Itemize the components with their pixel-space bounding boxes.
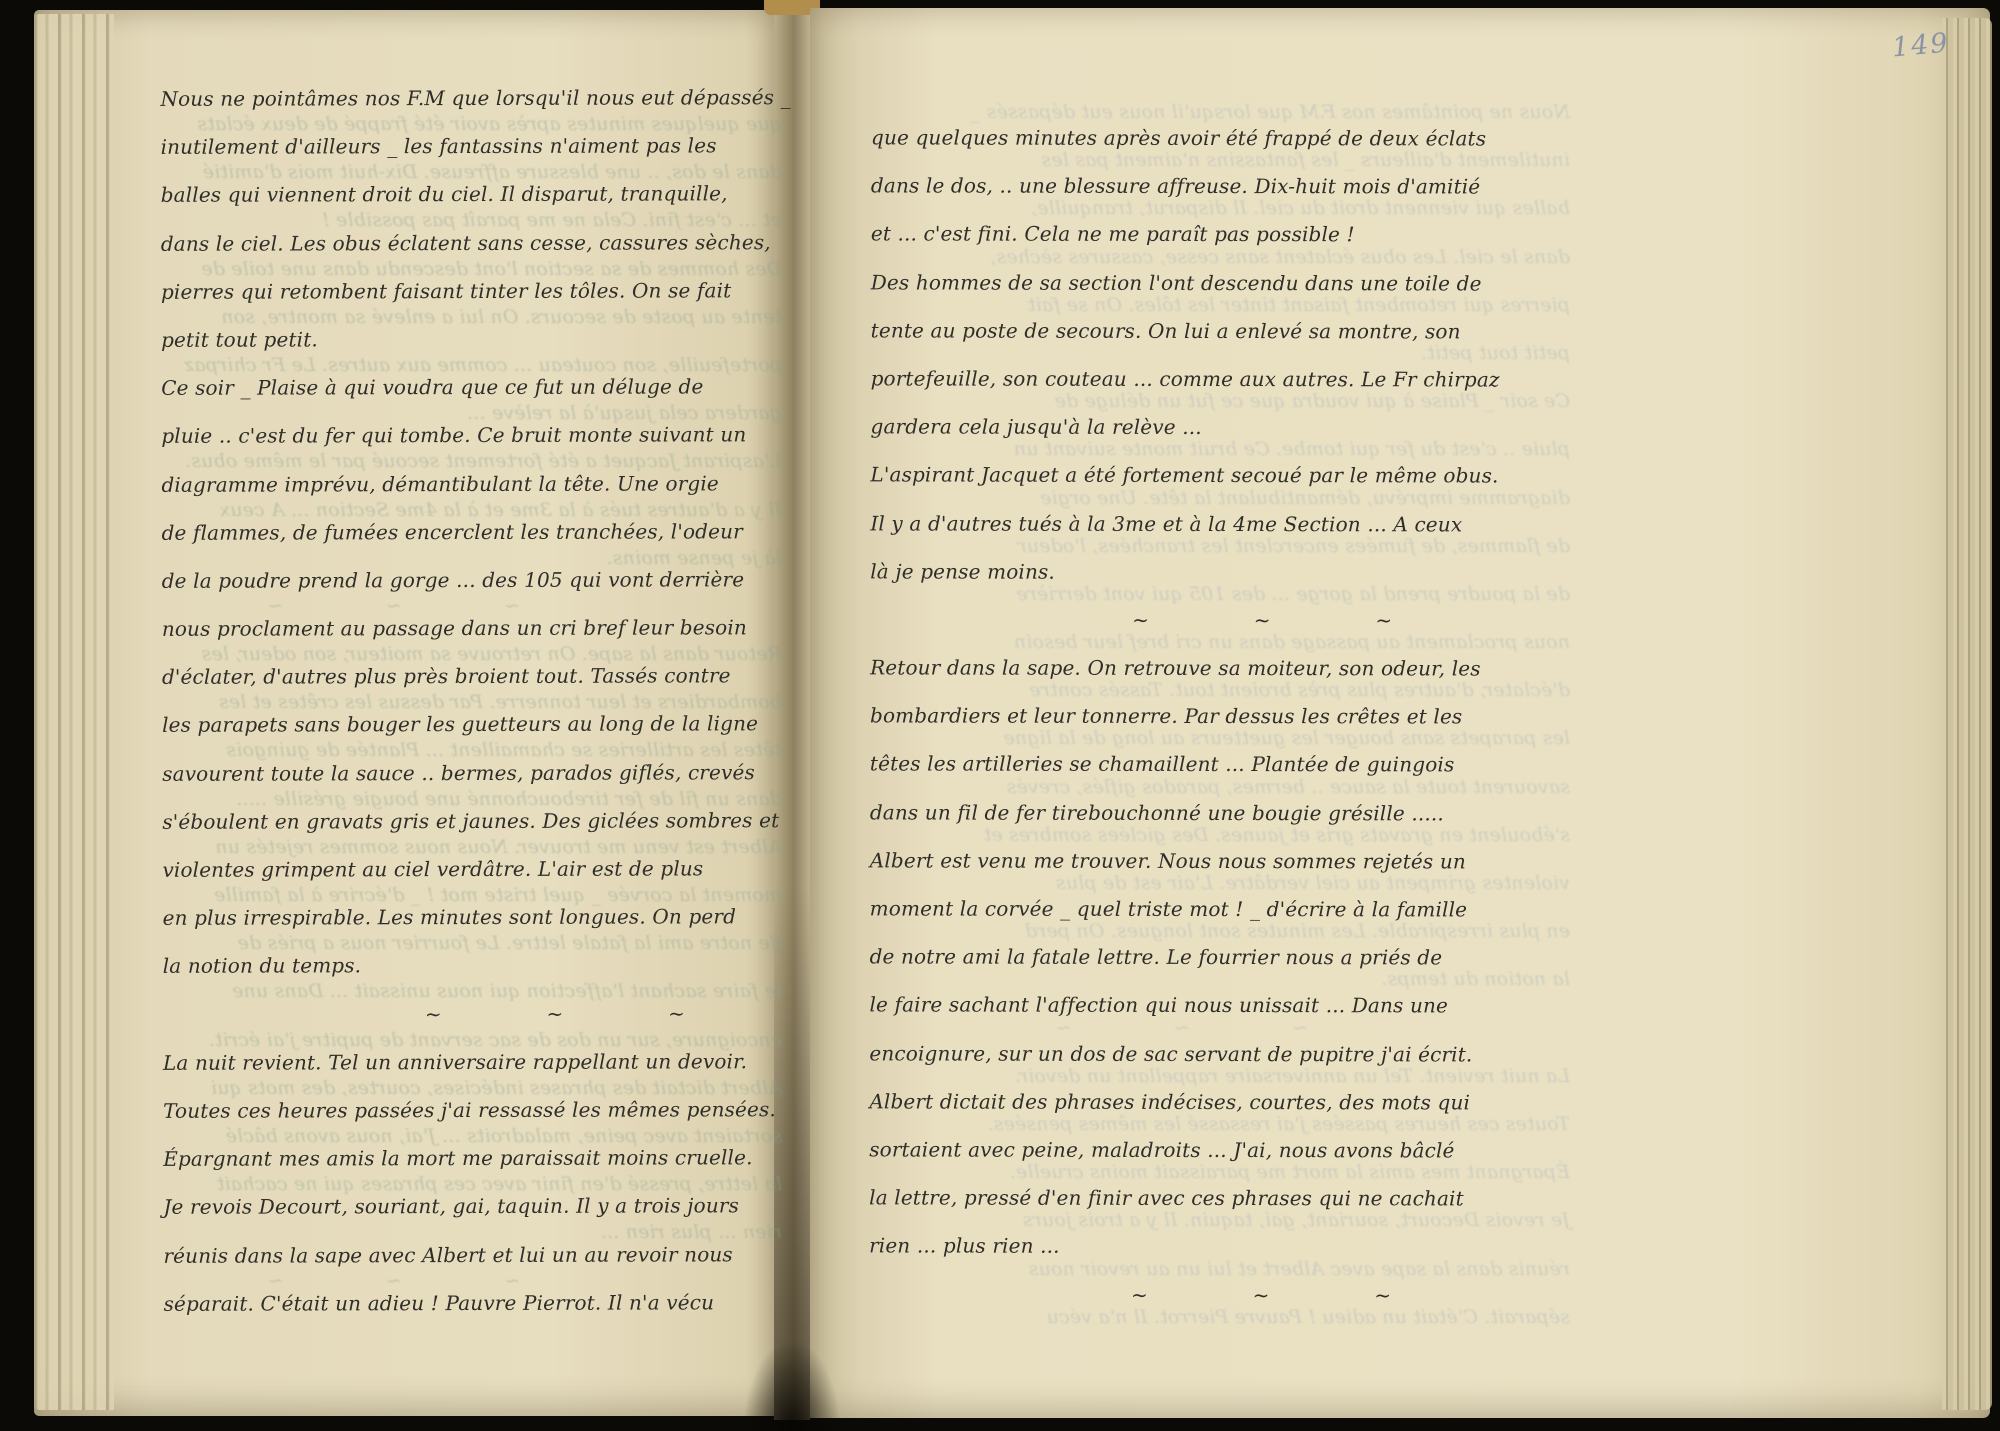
manuscript-line: La nuit revient. Tel un anniversaire rap… [163, 1037, 787, 1087]
manuscript-line: sortaient avec peine, maladroits ... J'a… [869, 1125, 1563, 1174]
manuscript-line: le faire sachant l'affection qui nous un… [869, 981, 1563, 1030]
manuscript-line: dans un fil de fer tirebouchonné une bou… [870, 788, 1564, 837]
photographed-open-book: que quelques minutes après avoir été fra… [0, 0, 2000, 1431]
manuscript-line: d'éclater, d'autres plus près broient to… [162, 651, 786, 701]
manuscript-line: Albert est venu me trouver. Nous nous so… [870, 836, 1564, 885]
manuscript-line: rien ... plus rien ... [869, 1222, 1563, 1271]
manuscript-line: Retour dans la sape. On retrouve sa moit… [870, 643, 1564, 692]
manuscript-line: les parapets sans bouger les guetteurs a… [162, 700, 786, 750]
manuscript-line: ~ ~ ~ [870, 595, 1564, 644]
manuscript-line: diagramme imprévu, démantibulant la tête… [161, 459, 785, 509]
manuscript-line: ~ ~ ~ [163, 989, 787, 1039]
manuscript-line: dans le dos, .. une blessure affreuse. D… [871, 162, 1565, 211]
manuscript-line: violentes grimpent au ciel verdâtre. L'a… [162, 844, 786, 894]
page-edge-stack-right [1942, 18, 1992, 1410]
manuscript-line: savourent toute la sauce .. bermes, para… [162, 748, 786, 798]
manuscript-line: Épargnant mes amis la mort me paraissait… [163, 1133, 787, 1183]
page-number: 149 [1891, 28, 1951, 64]
manuscript-line: Nous ne pointâmes nos F.M que lorsqu'il … [160, 73, 784, 123]
manuscript-line: séparait. C'était un adieu ! Pauvre Pier… [164, 1278, 788, 1328]
manuscript-line: la lettre, pressé d'en finir avec ces ph… [869, 1174, 1563, 1223]
manuscript-line: s'éboulent en gravats gris et jaunes. De… [162, 796, 786, 846]
manuscript-line: là je pense moins. [870, 547, 1564, 596]
manuscript-line: de notre ami la fatale lettre. Le fourri… [870, 933, 1564, 982]
gutter-bottom-shadow [744, 1342, 840, 1431]
manuscript-line: encoignure, sur un dos de sac servant de… [869, 1029, 1563, 1078]
manuscript-line: réunis dans la sape avec Albert et lui u… [163, 1230, 787, 1280]
manuscript-line: inutilement d'ailleurs _ les fantassins … [160, 121, 784, 171]
manuscript-line: que quelques minutes après avoir été fra… [871, 113, 1565, 162]
page-edge-stack-left [34, 14, 114, 1410]
right-page: 149 Nous ne pointâmes nos F.M que lorsqu… [810, 8, 1990, 1418]
manuscript-line: Ce soir _ Plaise à qui voudra que ce fut… [161, 362, 785, 412]
manuscript-line: ~ ~ ~ [869, 1270, 1563, 1319]
manuscript-line: L'aspirant Jacquet a été fortement secou… [870, 451, 1564, 500]
manuscript-line: petit tout petit. [161, 314, 785, 364]
manuscript-line: portefeuille, son couteau ... comme aux … [871, 354, 1565, 403]
manuscript-line: pierres qui retombent faisant tinter les… [161, 266, 785, 316]
manuscript-line: dans le ciel. Les obus éclatent sans ces… [161, 218, 785, 268]
manuscript-line: bombardiers et leur tonnerre. Par dessus… [870, 692, 1564, 741]
manuscript-line: moment la corvée _ quel triste mot ! _ d… [870, 884, 1564, 933]
manuscript-line: tente au poste de secours. On lui a enle… [871, 306, 1565, 355]
manuscript-line: Toutes ces heures passées j'ai ressassé … [163, 1085, 787, 1135]
manuscript-line: balles qui viennent droit du ciel. Il di… [161, 170, 785, 220]
manuscript-line: Des hommes de sa section l'ont descendu … [871, 258, 1565, 307]
manuscript-text-right: que quelques minutes après avoir été fra… [869, 113, 1565, 1319]
manuscript-line: Albert dictait des phrases indécises, co… [869, 1077, 1563, 1126]
manuscript-line: Je revois Decourt, souriant, gai, taquin… [163, 1181, 787, 1231]
manuscript-line: la notion du temps. [163, 941, 787, 991]
manuscript-line: pluie .. c'est du fer qui tombe. Ce brui… [161, 410, 785, 460]
manuscript-line: têtes les artilleries se chamaillent ...… [870, 740, 1564, 789]
manuscript-line: en plus irrespirable. Les minutes sont l… [163, 892, 787, 942]
left-page: que quelques minutes après avoir été fra… [34, 10, 774, 1416]
manuscript-text-left: Nous ne pointâmes nos F.M que lorsqu'il … [160, 73, 787, 1328]
manuscript-line: de la poudre prend la gorge ... des 105 … [162, 555, 786, 605]
manuscript-line: nous proclament au passage dans un cri b… [162, 603, 786, 653]
manuscript-line: gardera cela jusqu'à la relève ... [870, 403, 1564, 452]
manuscript-line: de flammes, de fumées encerclent les tra… [161, 507, 785, 557]
manuscript-line: et ... c'est fini. Cela ne me paraît pas… [871, 210, 1565, 259]
manuscript-line: Il y a d'autres tués à la 3me et à la 4m… [870, 499, 1564, 548]
